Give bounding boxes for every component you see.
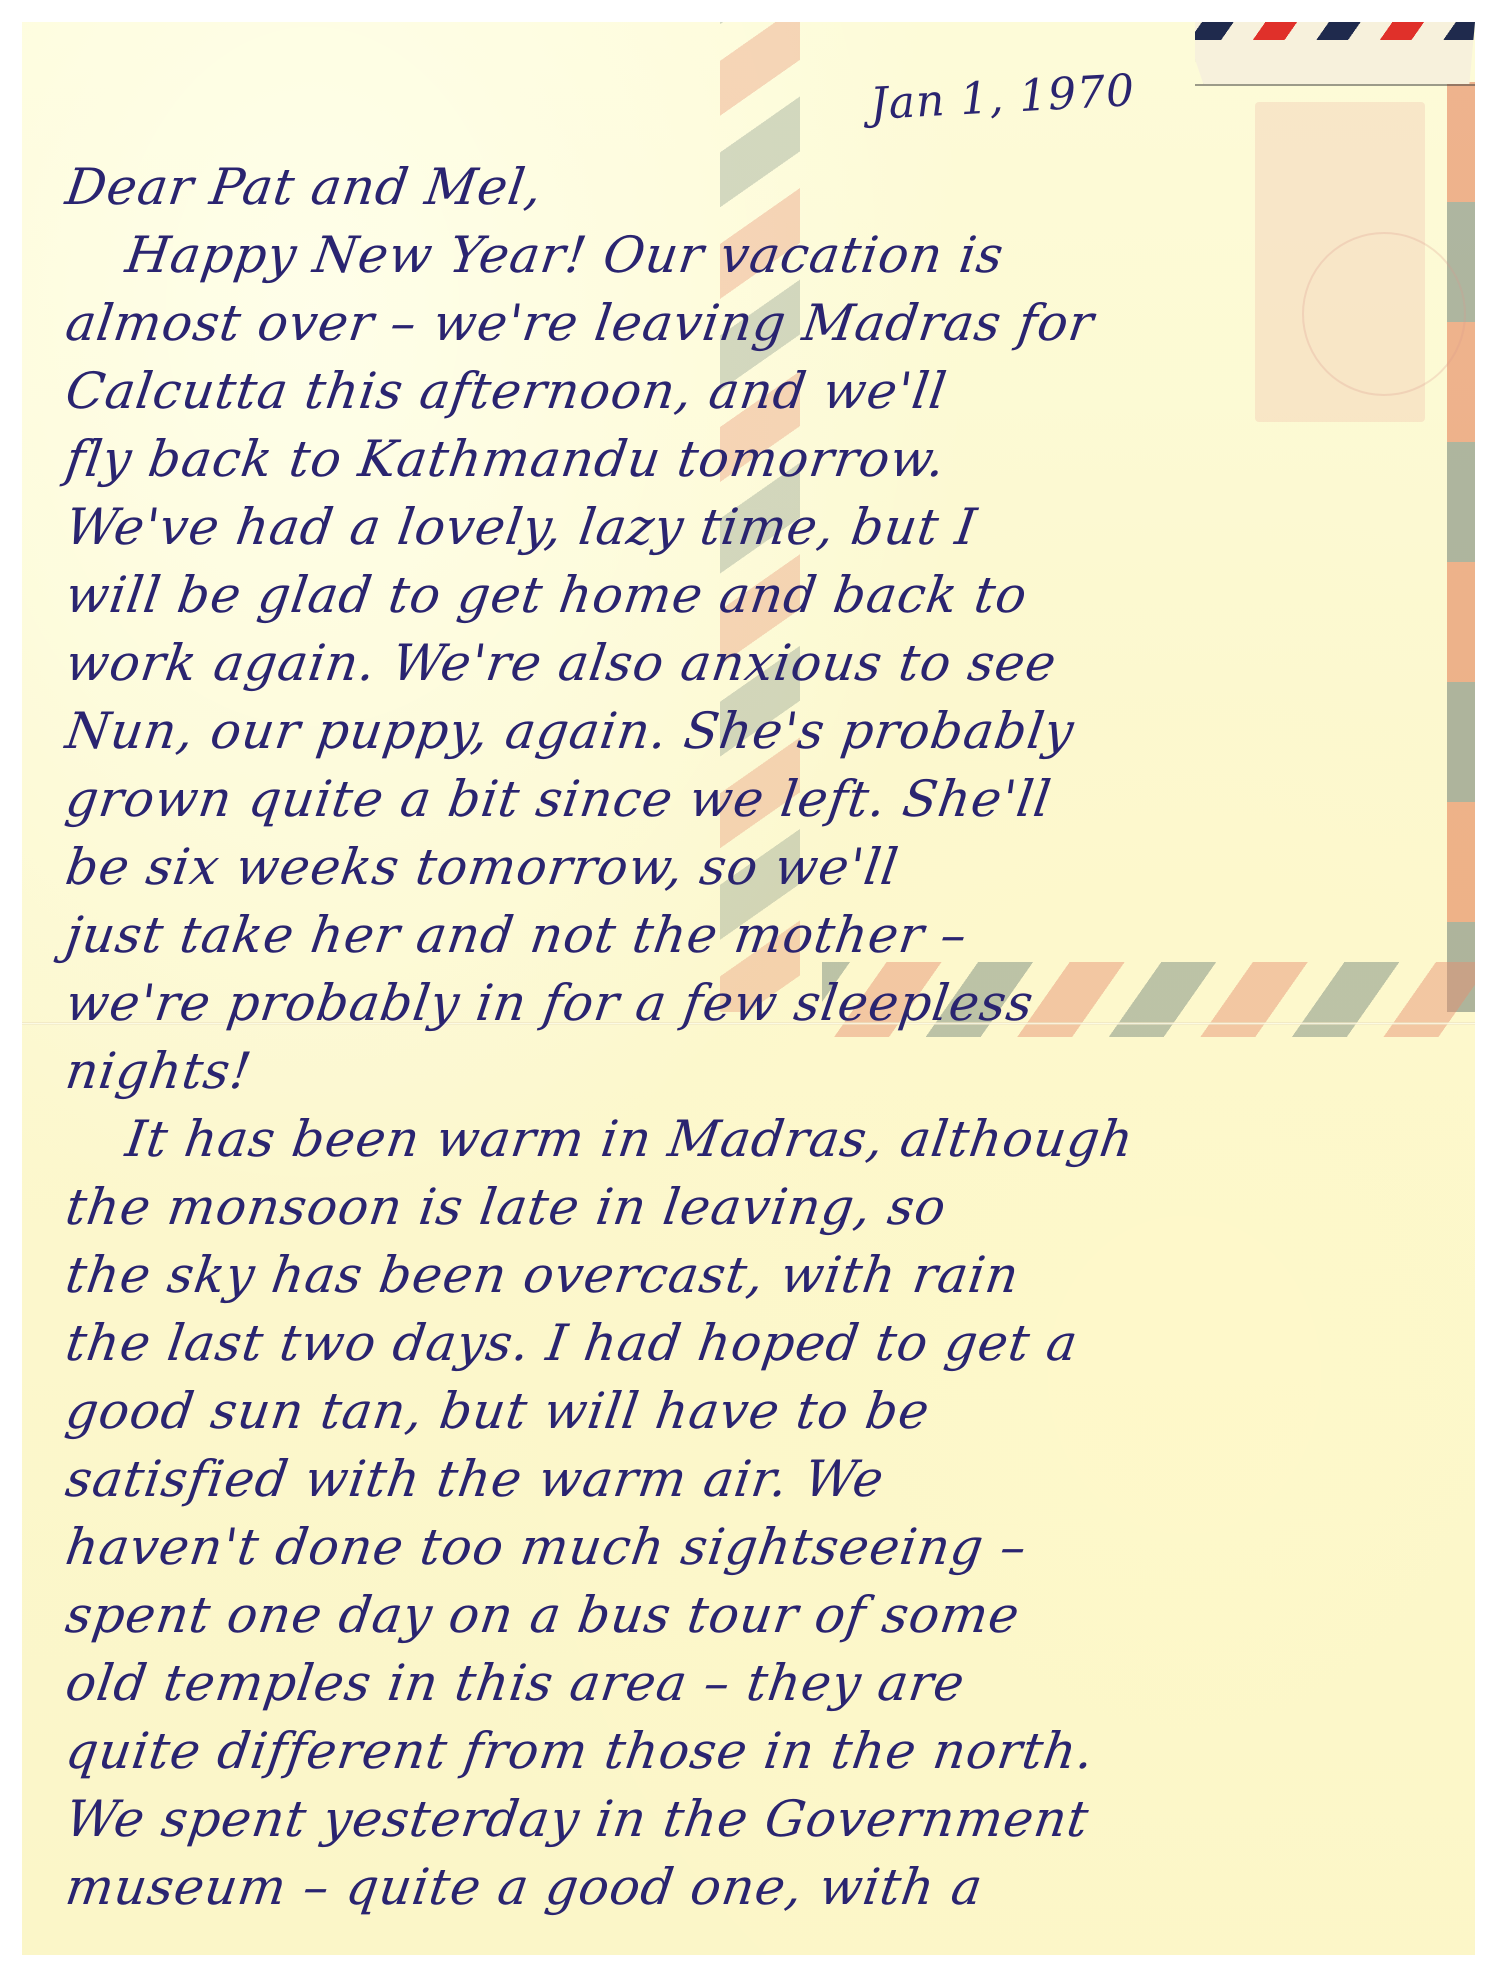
letter-line: We spent yesterday in the Government [62, 1789, 1093, 1849]
flap-shadow [1195, 84, 1475, 86]
letter-line: the sky has been overcast, with rain [62, 1245, 1023, 1305]
letter-line: nights! [62, 1041, 256, 1101]
letter-line: Calcutta this afternoon, and we'll [62, 361, 951, 421]
letter-line: good sun tan, but will have to be [62, 1381, 934, 1441]
letter-line: be six weeks tomorrow, so we'll [62, 837, 903, 897]
letter-line: haven't done too much sightseeing – [62, 1517, 1031, 1577]
letter-line: We've had a lovely, lazy time, but I [62, 497, 981, 557]
letter-line: work again. We're also anxious to see [62, 633, 1061, 693]
letter-line: It has been warm in Madras, although [62, 1109, 1138, 1169]
letter-line: museum – quite a good one, with a [62, 1857, 987, 1917]
letter-date: Jan 1, 1970 [869, 65, 1136, 130]
airmail-envelope-flap [1195, 22, 1475, 84]
letter-line: fly back to Kathmandu tomorrow. [62, 429, 950, 489]
postmark-ghost [1302, 232, 1466, 396]
letter-line: will be glad to get home and back to [62, 565, 1031, 625]
airmail-stripe-ghost-right-edge [1447, 82, 1475, 1012]
letter-line: the last two days. I had hoped to get a [62, 1313, 1082, 1373]
letter-line: the monsoon is late in leaving, so [62, 1177, 950, 1237]
letter-line: almost over – we're leaving Madras for [62, 293, 1098, 353]
letter-line: spent one day on a bus tour of some [62, 1585, 1024, 1645]
letter-line: Happy New Year! Our vacation is [62, 225, 1008, 285]
airmail-flap-stripes [1195, 22, 1475, 40]
letter-line: we're probably in for a few sleepless [62, 973, 1038, 1033]
letter-line: old temples in this area – they are [62, 1653, 969, 1713]
letter-line: just take her and not the mother – [62, 905, 971, 965]
salutation: Dear Pat and Mel, [62, 157, 546, 217]
letter-line: satisfied with the warm air. We [62, 1449, 888, 1509]
letter-line: grown quite a bit since we left. She'll [62, 769, 1055, 829]
letter-line: Nun, our puppy, again. She's probably [62, 701, 1078, 761]
letter-line: quite different from those in the north. [62, 1721, 1098, 1781]
letter-paper: Jan 1, 1970 Dear Pat and Mel, Happy New … [22, 22, 1475, 1955]
